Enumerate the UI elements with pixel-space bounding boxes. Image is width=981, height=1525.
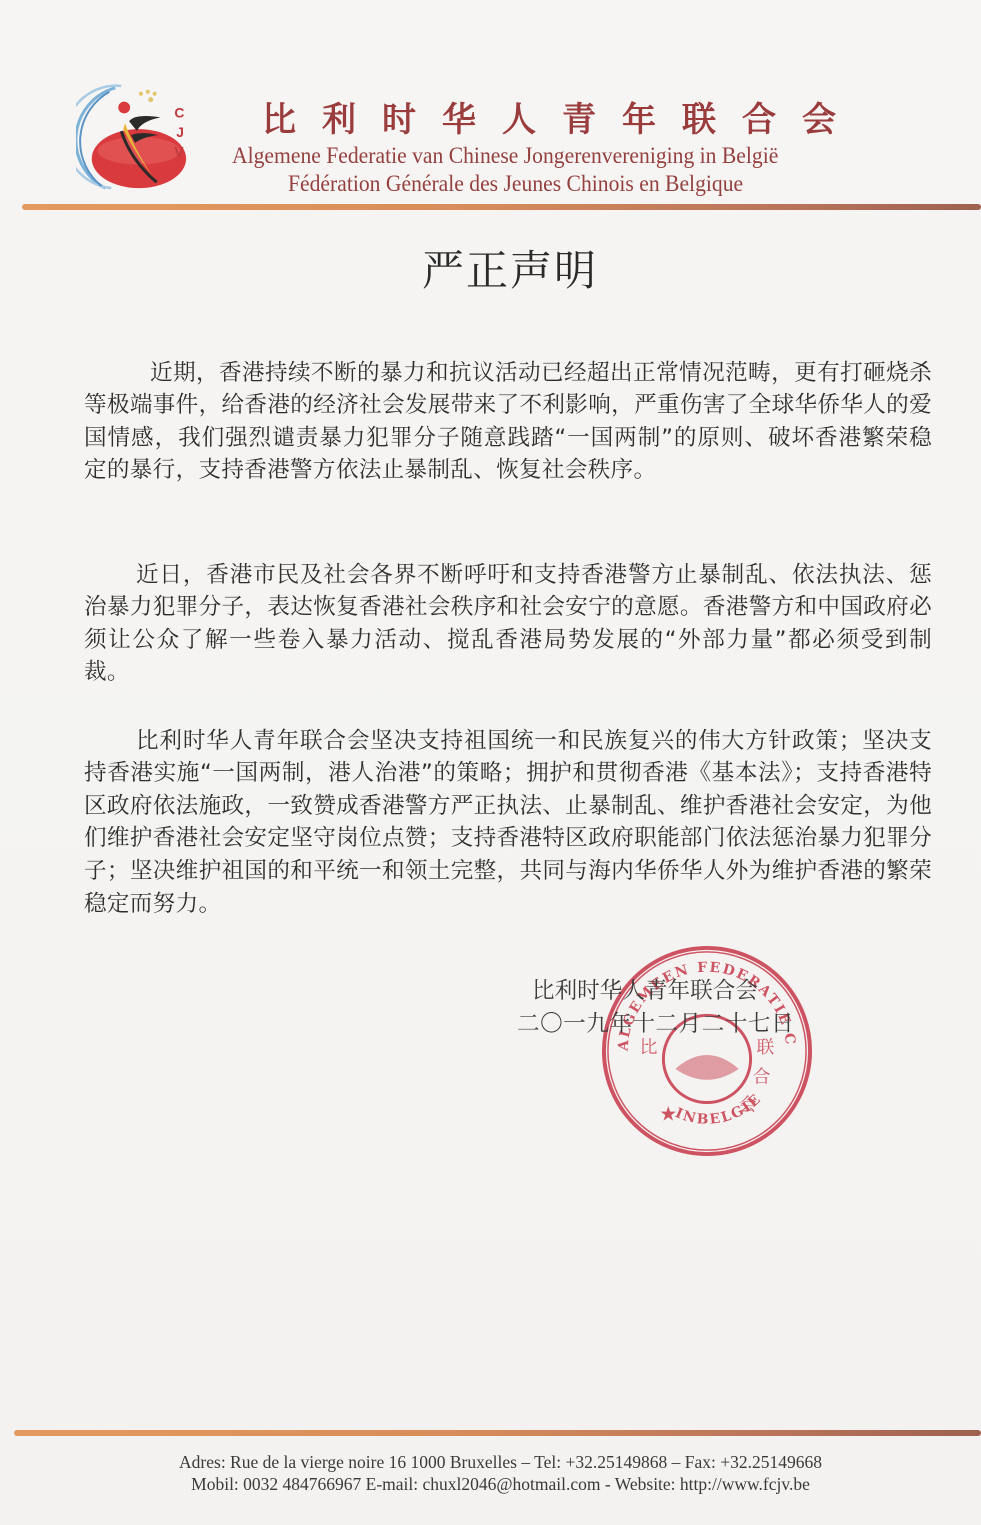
signature-date: 二〇一九年十二月二十七日 [517, 1006, 794, 1038]
paragraph-2: 近日，香港市民及社会各界不断呼吁和支持香港警方止暴制乱、依法执法、惩治暴力犯罪分… [84, 559, 932, 689]
paragraph-3: 比利时华人青年联合会坚决支持祖国统一和民族复兴的伟大方针政策；坚决支持香港实施“… [84, 725, 932, 921]
svg-text:合: 合 [753, 1067, 771, 1088]
svg-text:联: 联 [757, 1037, 775, 1058]
svg-text:比: 比 [640, 1037, 658, 1058]
org-name-chinese: 比利时华人青年联合会 [262, 92, 862, 141]
header-divider [22, 204, 981, 210]
document-title: 严正声明 [0, 238, 981, 298]
svg-text:V: V [174, 145, 184, 160]
svg-text:J: J [176, 125, 184, 140]
letter-page: C J V 比利时华人青年联合会 Algemene Federatie van … [0, 0, 981, 1525]
svg-text:会: 会 [739, 1094, 757, 1115]
footer-address: Adres: Rue de la vierge noire 16 1000 Br… [10, 1452, 981, 1473]
org-name-french: Fédération Générale des Jeunes Chinois e… [288, 171, 877, 198]
paragraph-1: 近期，香港持续不断的暴力和抗议活动已经超出正常情况范畴，更有打砸烧杀等极端事件，… [84, 357, 932, 487]
svg-text:C: C [174, 105, 184, 120]
footer-contact: Mobil: 0032 484766967 E-mail: chuxl2046@… [10, 1474, 981, 1495]
footer-divider [14, 1430, 981, 1436]
svg-text:★: ★ [659, 1102, 677, 1125]
org-name-dutch: Algemene Federatie van Chinese Jongerenv… [232, 143, 876, 170]
signature-organization: 比利时华人青年联合会 [532, 973, 758, 1005]
fcjv-logo-icon: C J V [76, 78, 194, 196]
